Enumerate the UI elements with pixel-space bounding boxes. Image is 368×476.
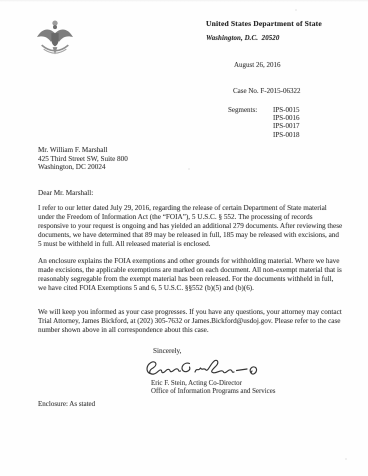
segments-list: IPS-0015 IPS-0016 IPS-0017 IPS-0018 [273,106,299,139]
scan-speck [295,9,297,11]
scan-speck [188,168,190,170]
case-number: Case No. F-2015-06322 [233,87,300,95]
segment-id: IPS-0015 [273,106,299,114]
segment-id: IPS-0018 [273,131,299,139]
body-paragraph-3: We will keep you informed as your case p… [38,308,343,335]
salutation: Dear Mr. Marshall: [38,189,93,197]
recipient-city: Washington, DC 20024 [38,163,128,172]
scan-edge-artifact [0,0,368,2]
body-paragraph-1: I refer to our letter dated July 29, 201… [38,204,343,249]
body-paragraph-2: An enclosure explains the FOIA exemption… [38,257,343,293]
signer-office: Office of Information Programs and Servi… [151,388,275,396]
letter-date: August 26, 2016 [234,61,280,69]
signer-block: Eric F. Stein, Acting Co-Director Office… [151,380,275,396]
recipient-street: 425 Third Street SW, Suite 800 [38,155,128,164]
segments-block: Segments: IPS-0015 IPS-0016 IPS-0017 IPS… [228,106,299,139]
segment-id: IPS-0017 [273,122,299,130]
agency-name: United States Department of State [206,19,322,28]
segments-label: Segments: [228,106,273,139]
handwritten-signature [141,356,263,380]
closing-sincerely: Sincerely, [153,347,181,355]
us-great-seal-eagle-icon [35,18,75,63]
recipient-address: Mr. William F. Marshall 425 Third Street… [38,146,128,172]
enclosure-note: Enclosure: As stated [38,400,95,408]
segment-id: IPS-0016 [273,114,299,122]
recipient-name: Mr. William F. Marshall [38,146,128,155]
agency-city-line: Washington, D.C. 20520 [206,35,322,42]
signer-name-title: Eric F. Stein, Acting Co-Director [151,380,275,388]
scanned-foia-letter: United States Department of State Washin… [0,0,368,476]
letterhead: United States Department of State Washin… [206,19,322,42]
scan-speck [345,458,347,460]
